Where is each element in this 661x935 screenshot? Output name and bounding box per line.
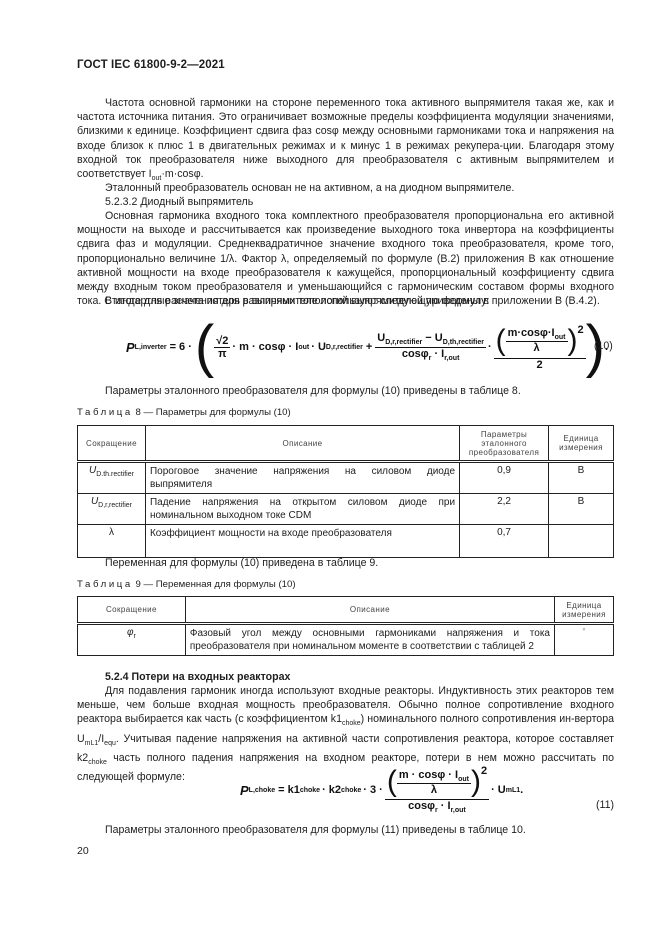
- fraction-inner: m·cosφ·Ioutλ: [506, 327, 568, 354]
- column-header: Единица измерения: [555, 597, 614, 624]
- table-row: UD,r,rectifier Падение напряжения на отк…: [78, 494, 614, 525]
- symbol-subscript: D.th.rectifier: [96, 471, 134, 478]
- denominator: cosφr · Ir,out: [406, 800, 468, 814]
- paragraph-table8-ref: Параметры эталонного преобразователя для…: [77, 384, 614, 398]
- formula-subscript: out: [555, 334, 566, 341]
- right-paren-icon: ): [568, 324, 578, 358]
- left-paren-icon: (: [195, 318, 214, 376]
- formula-term: · U: [311, 341, 326, 353]
- column-header: Описание: [145, 426, 459, 462]
- caption-text: 9 — Переменная для формулы (10): [136, 579, 296, 590]
- formula-term: · U: [491, 784, 506, 796]
- formula-term: cosφ: [408, 800, 435, 812]
- column-header: Параметры эталонного преобразователя: [460, 426, 549, 462]
- denominator: π: [216, 348, 228, 360]
- formula-number-11: (11): [596, 799, 614, 811]
- document-header: ГОСТ IEC 61800-9-2—2021: [77, 59, 225, 71]
- unit-cell: В: [549, 494, 614, 525]
- symbol-cell: UD,r,rectifier: [78, 494, 146, 525]
- formula-subscript: L,inverter: [135, 344, 167, 351]
- subscript: equ: [104, 740, 116, 747]
- formula-subscript: D,th,rectifier: [443, 340, 484, 347]
- paragraph-formula-intro: В итоге для расчета потерь в выпрямителе…: [77, 294, 614, 308]
- right-paren-icon: ): [471, 765, 481, 799]
- paragraph-text: Частота основной гармоники на стороне пе…: [77, 97, 614, 180]
- formula-subscript: out: [458, 776, 469, 783]
- paragraph-text: ·m·cosφ.: [161, 168, 203, 180]
- unit-cell: °: [555, 624, 614, 656]
- formula-term: cosφ: [402, 348, 429, 360]
- exponent: 2: [481, 765, 487, 777]
- numerator: m·cosφ·Iout: [506, 327, 568, 342]
- numerator: m · cosφ · Iout: [397, 769, 471, 784]
- symbol-cell: λ: [78, 525, 146, 558]
- description-cell: Пороговое значение напряжения на силовом…: [145, 462, 459, 494]
- column-header: Сокращение: [78, 597, 186, 624]
- formula-operator: − U: [422, 332, 442, 344]
- subscript: choke: [342, 721, 361, 728]
- numerator: UD,r,rectifier − UD,th,rectifier: [375, 332, 486, 347]
- symbol-cell: UD.th.rectifier: [78, 462, 146, 494]
- formula-subscript: mL1: [506, 787, 520, 794]
- formula-operator: = 6 ·: [170, 341, 192, 353]
- formula-symbol: P: [240, 783, 249, 798]
- formula-operator: +: [366, 341, 372, 353]
- caption-prefix: Таблица: [77, 407, 133, 418]
- description-cell: Падение напряжения на открытом силовом д…: [145, 494, 459, 525]
- paragraph-active-rectifier: Частота основной гармоники на стороне пе…: [77, 96, 614, 186]
- numerator: ( m · cosφ · Ioutλ )2: [385, 765, 489, 800]
- caption-text: 8 — Параметры для формулы (10): [136, 407, 291, 418]
- table-9: Сокращение Описание Единица измерения φr…: [77, 596, 614, 656]
- formula-subscript: L,choke: [249, 787, 275, 794]
- description-cell: Фазовый угол между основными гармониками…: [185, 624, 554, 656]
- paragraph-table10-ref: Параметры эталонного преобразователя для…: [77, 823, 614, 837]
- formula-subscript: D,r,rectifier: [385, 340, 422, 347]
- unit-cell: [549, 525, 614, 558]
- caption-prefix: Таблица: [77, 579, 133, 590]
- table9-caption: Таблица 9 — Переменная для формулы (10): [77, 579, 296, 590]
- exponent: 2: [578, 324, 584, 336]
- fraction-sqrt2-pi: √2π: [214, 335, 230, 360]
- formula-term: · I: [441, 800, 451, 812]
- value-cell: 0,9: [460, 462, 549, 494]
- numerator: ( m·cosφ·Ioutλ )2: [494, 324, 586, 359]
- formula-operator: = k1: [278, 784, 300, 796]
- left-paren-icon: (: [387, 765, 397, 799]
- formula-term: · m · cosφ · I: [232, 341, 298, 353]
- formula-subscript: choke: [300, 787, 320, 794]
- symbol: λ: [109, 527, 114, 538]
- formula-number-10: (10): [594, 340, 613, 352]
- fraction-squared-term: ( m·cosφ·Ioutλ )2 2: [494, 324, 586, 371]
- formula-subscript: r,out: [444, 355, 459, 362]
- symbol-cell: φr: [78, 624, 186, 656]
- symbol-subscript: D,r,rectifier: [98, 502, 132, 509]
- fraction-inner: m · cosφ · Ioutλ: [397, 769, 471, 796]
- formula-term: · 3 ·: [363, 784, 383, 796]
- column-header: Единица измерения: [549, 426, 614, 462]
- page-number: 20: [77, 845, 89, 857]
- table-row: λ Коэффициент мощности на входе преобраз…: [78, 525, 614, 558]
- formula-period: .: [520, 784, 523, 796]
- formula-subscript: r,out: [451, 808, 466, 815]
- formula-10: PL,inverter = 6 · ( √2π · m · cosφ · Iou…: [126, 312, 608, 382]
- formula-subscript: out: [298, 344, 309, 351]
- formula-term: · k2: [322, 784, 341, 796]
- formula-operator: ·: [488, 341, 492, 353]
- paragraph-reference-converter: Эталонный преобразователь основан не на …: [77, 181, 614, 195]
- formula-term: · I: [434, 348, 444, 360]
- left-paren-icon: (: [496, 324, 506, 358]
- formula-subscript: r: [435, 808, 438, 815]
- value-cell: 0,7: [460, 525, 549, 558]
- formula-term: m · cosφ · I: [399, 769, 458, 781]
- paragraph-table9-ref: Переменная для формулы (10) приведена в …: [77, 556, 614, 570]
- numerator: √2: [214, 335, 230, 348]
- fraction-voltage-drop: UD,r,rectifier − UD,th,rectifier cosφr ·…: [375, 332, 486, 361]
- denominator: λ: [429, 784, 439, 796]
- formula-11: PL,choke = k1choke · k2choke · 3 · ( m ·…: [240, 760, 523, 820]
- formula-symbol: P: [126, 340, 135, 355]
- value-cell: 2,2: [460, 494, 549, 525]
- table8-caption: Таблица 8 — Параметры для формулы (10): [77, 407, 291, 418]
- table-row: UD.th.rectifier Пороговое значение напря…: [78, 462, 614, 494]
- formula-term: m·cosφ·I: [508, 327, 555, 339]
- formula-subscript: D,r,rectifier: [326, 344, 363, 351]
- subscript: mL1: [85, 740, 99, 747]
- section-heading-5-2-3-2: 5.2.3.2 Диодный выпрямитель: [77, 195, 614, 209]
- column-header: Сокращение: [78, 426, 146, 462]
- description-cell: Коэффициент мощности на входе преобразов…: [145, 525, 459, 558]
- denominator: cosφr · Ir,out: [400, 348, 462, 362]
- fraction-choke: ( m · cosφ · Ioutλ )2 cosφr · Ir,out: [385, 765, 489, 814]
- table-row: φr Фазовый угол между основными гармоник…: [78, 624, 614, 656]
- formula-subscript: r: [429, 355, 432, 362]
- denominator: 2: [535, 359, 545, 371]
- table-8: Сокращение Описание Параметры эталонного…: [77, 425, 614, 558]
- denominator: λ: [531, 342, 541, 354]
- section-heading-5-2-4: 5.2.4 Потери на входных реакторах: [77, 670, 614, 684]
- subscript: choke: [88, 759, 107, 766]
- formula-subscript: choke: [341, 787, 361, 794]
- column-header: Описание: [185, 597, 554, 624]
- symbol-subscript: r: [134, 633, 136, 640]
- unit-cell: В: [549, 462, 614, 494]
